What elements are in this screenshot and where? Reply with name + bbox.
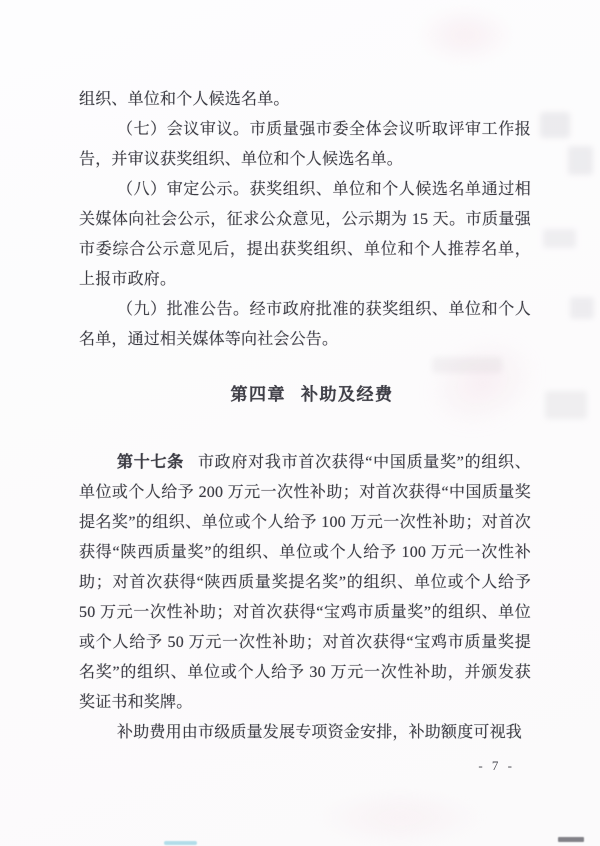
chapter-heading: 第四章补助及经费 bbox=[93, 380, 531, 410]
paragraph-continuation: 组织、单位和个人候选名单。 bbox=[79, 85, 531, 115]
scan-artifact-bleedthrough bbox=[545, 391, 587, 419]
paragraph-item-9: （九）批准公告。经市政府批准的获奖组织、单位和个人名单，通过相关媒体等向社会公告… bbox=[79, 295, 531, 355]
chapter-title: 补助及经费 bbox=[301, 385, 394, 404]
scan-artifact-bleedthrough bbox=[568, 146, 593, 175]
chapter-number: 第四章 bbox=[231, 385, 287, 404]
scan-artifact-bleedthrough bbox=[540, 112, 570, 138]
scan-artifact-cyan-mark bbox=[164, 841, 197, 845]
scan-artifact-smudge bbox=[415, 5, 515, 65]
scan-artifact-bleedthrough bbox=[570, 297, 594, 319]
page-number: - 7 - bbox=[79, 756, 531, 776]
paragraph-closing: 补助费用由市级质量发展专项资金安排，补助额度可视我 bbox=[79, 718, 531, 748]
paragraph-article-17: 第十七条市政府对我市首次获得“中国质量奖”的组织、单位或个人给予 200 万元一… bbox=[79, 448, 531, 718]
scanned-document-page: 组织、单位和个人候选名单。 （七）会议审议。市质量强市委全体会议听取评审工作报告… bbox=[0, 0, 600, 846]
scan-artifact-bleedthrough bbox=[543, 229, 576, 248]
article-number-lead: 第十七条 bbox=[117, 454, 184, 471]
scan-artifact-dark-mark bbox=[558, 837, 584, 842]
paragraph-item-8: （八）审定公示。获奖组织、单位和个人候选名单通过相关媒体向社会公示，征求公众意见… bbox=[79, 175, 531, 295]
paragraph-item-7: （七）会议审议。市质量强市委全体会议听取评审工作报告，并审议获奖组织、单位和个人… bbox=[79, 115, 531, 175]
scan-artifact-smudge bbox=[315, 790, 485, 845]
document-body: 组织、单位和个人候选名单。 （七）会议审议。市质量强市委全体会议听取评审工作报告… bbox=[79, 85, 531, 776]
article-text: 市政府对我市首次获得“中国质量奖”的组织、单位或个人给予 200 万元一次性补助… bbox=[79, 454, 531, 711]
